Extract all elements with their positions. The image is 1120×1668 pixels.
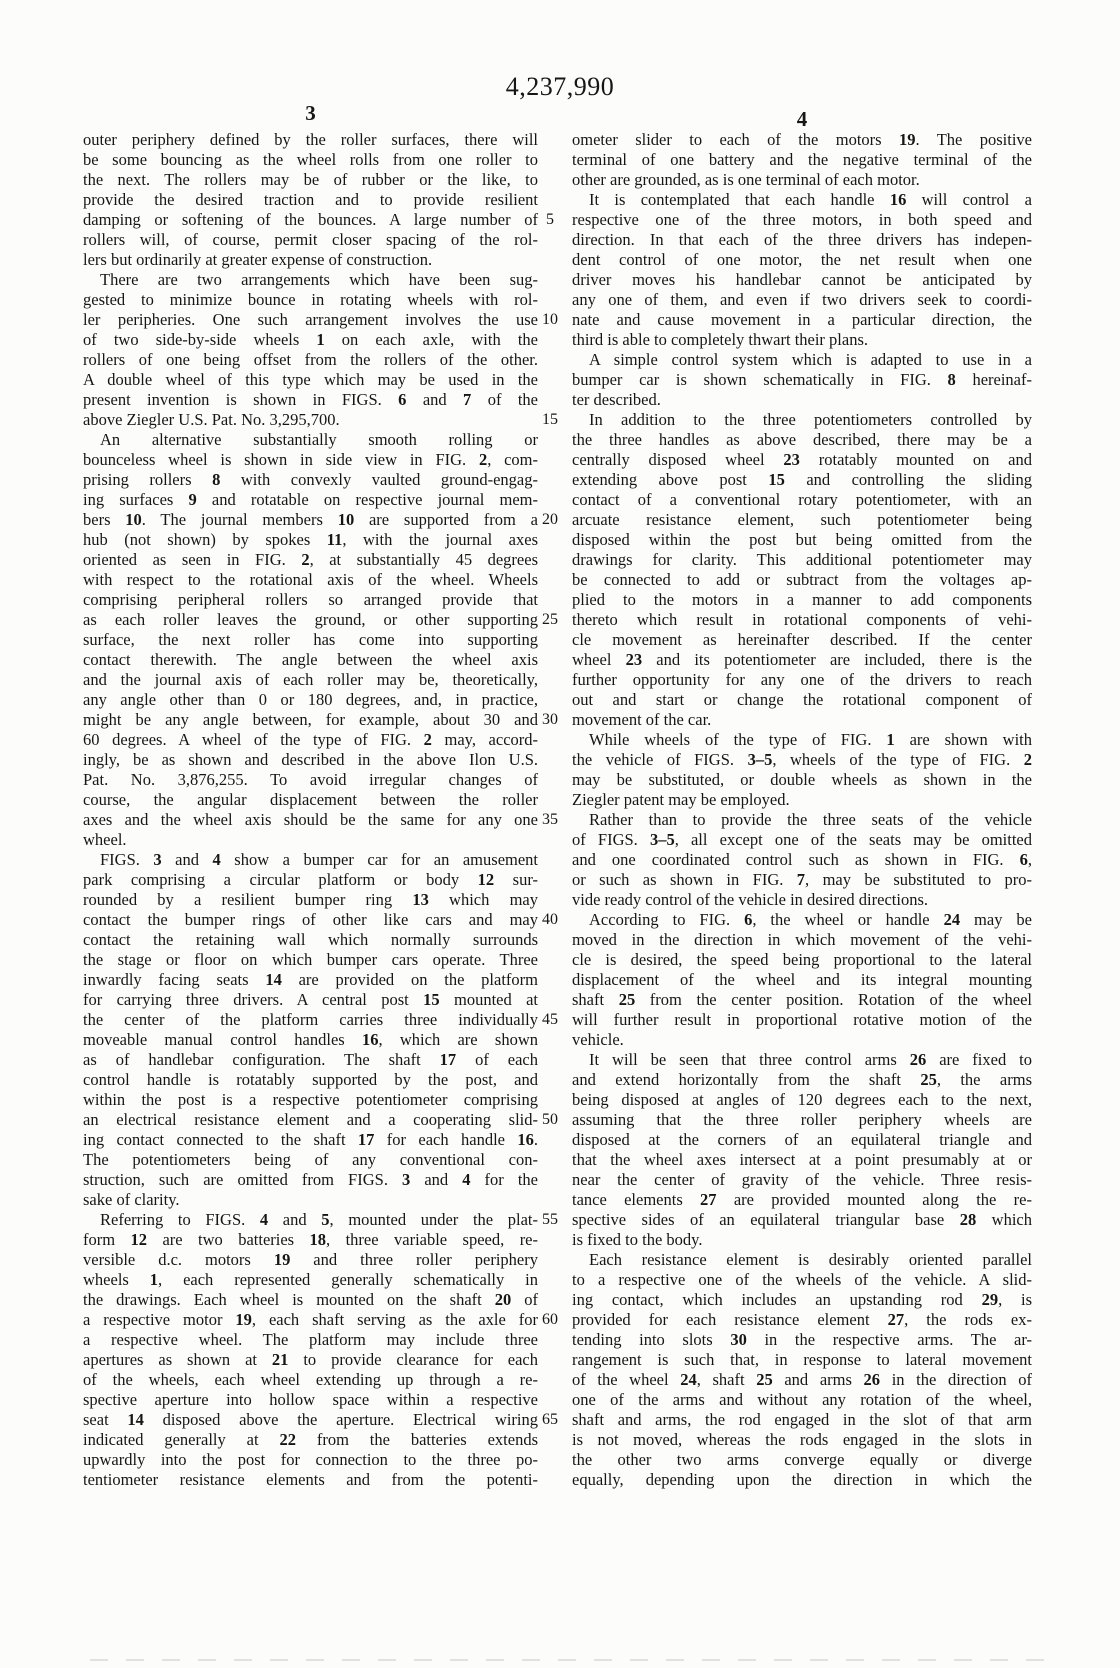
line-number: 65 [533, 1410, 567, 1430]
text-line: axes and the wheel axis should be the sa… [83, 810, 538, 830]
text-line: respective one of the three motors, in b… [572, 210, 1032, 230]
text-line: A simple control system which is adapted… [572, 350, 1032, 370]
text-line: nate and cause movement in a particular … [572, 310, 1032, 330]
text-line: rounded by a resilient bumper ring 13 wh… [83, 890, 538, 910]
line-number: 30 [533, 710, 567, 730]
text-line: bounceless wheel is shown in side view i… [83, 450, 538, 470]
text-line: might be any angle between, for example,… [83, 710, 538, 730]
line-number-gutter: 5101520253035404550556065 [533, 130, 567, 1530]
line-number: 55 [533, 1210, 567, 1230]
text-line: Ziegler patent may be employed. [572, 790, 1032, 810]
text-line: terminal of one battery and the negative… [572, 150, 1032, 170]
text-line: moveable manual control handles 16, whic… [83, 1030, 538, 1050]
text-line: the three handles as above described, th… [572, 430, 1032, 450]
text-line: ing contact connected to the shaft 17 fo… [83, 1130, 538, 1150]
line-number: 40 [533, 910, 567, 930]
text-line: contact therewith. The angle between the… [83, 650, 538, 670]
text-line: the stage or floor on which bumper cars … [83, 950, 538, 970]
text-line: While wheels of the type of FIG. 1 are s… [572, 730, 1032, 750]
text-line: spective sides of an equilateral triangu… [572, 1210, 1032, 1230]
text-line: course, the angular displacement between… [83, 790, 538, 810]
text-line: rollers will, of course, permit closer s… [83, 230, 538, 250]
line-number: 20 [533, 510, 567, 530]
text-line: Referring to FIGS. 4 and 5, mounted unde… [83, 1210, 538, 1230]
text-line: any one of them, and even if two drivers… [572, 290, 1032, 310]
text-line: gested to minimize bounce in rotating wh… [83, 290, 538, 310]
text-line: cle movement as hereinafter described. I… [572, 630, 1032, 650]
text-line: an electrical resistance element and a c… [83, 1110, 538, 1130]
text-line: and one coordinated control such as show… [572, 850, 1032, 870]
text-line: extending above post 15 and controlling … [572, 470, 1032, 490]
text-line: spective aperture into hollow space with… [83, 1390, 538, 1410]
line-number: 5 [533, 210, 567, 230]
text-line: bumper car is shown schematically in FIG… [572, 370, 1032, 390]
column-number-right: 4 [572, 107, 1032, 132]
text-line: provided for each resistance element 27,… [572, 1310, 1032, 1330]
text-line: being disposed at angles of 120 degrees … [572, 1090, 1032, 1110]
text-line: dent control of one motor, the net resul… [572, 250, 1032, 270]
text-line: It is contemplated that each handle 16 w… [572, 190, 1032, 210]
text-line: the drawings. Each wheel is mounted on t… [83, 1290, 538, 1310]
text-line: inwardly facing seats 14 are provided on… [83, 970, 538, 990]
text-line: provide the desired traction and to prov… [83, 190, 538, 210]
text-line: tentiometer resistance elements and from… [83, 1470, 538, 1490]
text-line: A double wheel of this type which may be… [83, 370, 538, 390]
text-line: ing surfaces 9 and rotatable on respecti… [83, 490, 538, 510]
text-line: wheels 1, each represented generally sch… [83, 1270, 538, 1290]
text-line: assuming that the three roller periphery… [572, 1110, 1032, 1130]
text-line: rollers of one being offset from the rol… [83, 350, 538, 370]
text-line: outer periphery defined by the roller su… [83, 130, 538, 150]
text-line: centrally disposed wheel 23 rotatably mo… [572, 450, 1032, 470]
text-line: form 12 are two batteries 18, three vari… [83, 1230, 538, 1250]
text-line: the next. The rollers may be of rubber o… [83, 170, 538, 190]
text-line: Each resistance element is desirably ori… [572, 1250, 1032, 1270]
text-line: further opportunity for any one of the d… [572, 670, 1032, 690]
text-line: as of handlebar configuration. The shaft… [83, 1050, 538, 1070]
right-text-column: ometer slider to each of the motors 19. … [572, 130, 1032, 1490]
text-line: ometer slider to each of the motors 19. … [572, 130, 1032, 150]
text-line: lers but ordinarily at greater expense o… [83, 250, 538, 270]
text-line: present invention is shown in FIGS. 6 an… [83, 390, 538, 410]
text-line: prising rollers 8 with convexly vaulted … [83, 470, 538, 490]
text-line: within the post is a respective potentio… [83, 1090, 538, 1110]
text-line: of the wheels, each wheel extending up t… [83, 1370, 538, 1390]
text-line: hub (not shown) by spokes 11, with the j… [83, 530, 538, 550]
text-line: control handle is rotatably supported by… [83, 1070, 538, 1090]
text-line: seat 14 disposed above the aperture. Ele… [83, 1410, 538, 1430]
text-line: movement of the car. [572, 710, 1032, 730]
text-line: a respective wheel. The platform may inc… [83, 1330, 538, 1350]
text-line: plied to the motors in a manner to add c… [572, 590, 1032, 610]
line-number: 50 [533, 1110, 567, 1130]
text-line: will further result in proportional rota… [572, 1010, 1032, 1030]
text-line: ing contact, which includes an upstandin… [572, 1290, 1032, 1310]
text-line: direction. In that each of the three dri… [572, 230, 1032, 250]
text-line: of the wheel 24, shaft 25 and arms 26 in… [572, 1370, 1032, 1390]
text-line: sake of clarity. [83, 1190, 538, 1210]
text-line: struction, such are omitted from FIGS. 3… [83, 1170, 538, 1190]
text-line: wheel 23 and its potentiometer are inclu… [572, 650, 1032, 670]
text-line: An alternative substantially smooth roll… [83, 430, 538, 450]
text-line: other are grounded, as is one terminal o… [572, 170, 1032, 190]
text-line: indicated generally at 22 from the batte… [83, 1430, 538, 1450]
patent-page: 4,237,990 3 4 outer periphery defined by… [0, 0, 1120, 1668]
text-line: be connected to add or subtract from the… [572, 570, 1032, 590]
text-line: to a respective one of the wheels of the… [572, 1270, 1032, 1290]
text-line: cle is desired, the speed being proporti… [572, 950, 1032, 970]
text-line: Rather than to provide the three seats o… [572, 810, 1032, 830]
text-line: The potentiometers being of any conventi… [83, 1150, 538, 1170]
text-line: contact of a conventional rotary potenti… [572, 490, 1032, 510]
line-number: 15 [533, 410, 567, 430]
text-line: displacement of the wheel and its integr… [572, 970, 1032, 990]
text-line: rangement is such that, in response to l… [572, 1350, 1032, 1370]
text-line: wheel. [83, 830, 538, 850]
text-line: disposed within the post but being omitt… [572, 530, 1032, 550]
text-line: FIGS. 3 and 4 show a bumper car for an a… [83, 850, 538, 870]
text-line: and the journal axis of each roller may … [83, 670, 538, 690]
text-line: of two side-by-side wheels 1 on each axl… [83, 330, 538, 350]
text-line: disposed at the corners of an equilatera… [572, 1130, 1032, 1150]
text-line: vehicle. [572, 1030, 1032, 1050]
left-text-column: outer periphery defined by the roller su… [83, 130, 538, 1490]
text-line: tending into slots 30 in the respective … [572, 1330, 1032, 1350]
text-line: near the center of gravity of the vehicl… [572, 1170, 1032, 1190]
line-number: 35 [533, 810, 567, 830]
text-line: that the wheel axes intersect at a point… [572, 1150, 1032, 1170]
line-number: 10 [533, 310, 567, 330]
text-line: third is able to completely thwart their… [572, 330, 1032, 350]
line-number: 45 [533, 1010, 567, 1030]
text-line: According to FIG. 6, the wheel or handle… [572, 910, 1032, 930]
text-line: ingly, be as shown and described in the … [83, 750, 538, 770]
text-line: There are two arrangements which have be… [83, 270, 538, 290]
page-bottom-scan-edge [90, 1659, 1050, 1661]
text-line: as each roller leaves the ground, or oth… [83, 610, 538, 630]
text-line: and extend horizontally from the shaft 2… [572, 1070, 1032, 1090]
text-line: vide ready control of the vehicle in des… [572, 890, 1032, 910]
text-line: comprising peripheral rollers so arrange… [83, 590, 538, 610]
text-line: driver moves his handlebar cannot be ant… [572, 270, 1032, 290]
text-line: of FIGS. 3–5, all except one of the seat… [572, 830, 1032, 850]
text-line: may be substituted, or double wheels as … [572, 770, 1032, 790]
text-line: above Ziegler U.S. Pat. No. 3,295,700. [83, 410, 538, 430]
text-line: a respective motor 19, each shaft servin… [83, 1310, 538, 1330]
text-line: oriented as seen in FIG. 2, at substanti… [83, 550, 538, 570]
text-line: drawings for clarity. This additional po… [572, 550, 1032, 570]
text-line: It will be seen that three control arms … [572, 1050, 1032, 1070]
text-line: be some bouncing as the wheel rolls from… [83, 150, 538, 170]
text-line: Pat. No. 3,876,255. To avoid irregular c… [83, 770, 538, 790]
text-line: versible d.c. motors 19 and three roller… [83, 1250, 538, 1270]
text-line: the other two arms converge equally or d… [572, 1450, 1032, 1470]
text-line: arcuate resistance element, such potenti… [572, 510, 1032, 530]
text-line: one of the arms and without any rotation… [572, 1390, 1032, 1410]
text-line: is fixed to the body. [572, 1230, 1032, 1250]
text-line: In addition to the three potentiometers … [572, 410, 1032, 430]
text-line: moved in the direction in which movement… [572, 930, 1032, 950]
text-line: out and start or change the rotational c… [572, 690, 1032, 710]
text-line: any angle other than 0 or 180 degrees, a… [83, 690, 538, 710]
text-line: apertures as shown at 21 to provide clea… [83, 1350, 538, 1370]
text-line: damping or softening of the bounces. A l… [83, 210, 538, 230]
text-line: shaft and arms, the rod engaged in the s… [572, 1410, 1032, 1430]
text-line: 60 degrees. A wheel of the type of FIG. … [83, 730, 538, 750]
text-line: the vehicle of FIGS. 3–5, wheels of the … [572, 750, 1032, 770]
text-line: upwardly into the post for connection to… [83, 1450, 538, 1470]
text-line: equally, depending upon the direction in… [572, 1470, 1032, 1490]
line-number: 60 [533, 1310, 567, 1330]
text-line: or such as shown in FIG. 7, may be subst… [572, 870, 1032, 890]
text-line: tance elements 27 are provided mounted a… [572, 1190, 1032, 1210]
text-line: park comprising a circular platform or b… [83, 870, 538, 890]
text-line: is not moved, whereas the rods engaged i… [572, 1430, 1032, 1450]
text-line: thereto which result in rotational compo… [572, 610, 1032, 630]
text-line: shaft 25 from the center position. Rotat… [572, 990, 1032, 1010]
text-line: ter described. [572, 390, 1032, 410]
text-line: for carrying three drivers. A central po… [83, 990, 538, 1010]
column-number-left: 3 [83, 101, 538, 126]
text-line: ler peripheries. One such arrangement in… [83, 310, 538, 330]
patent-number: 4,237,990 [0, 72, 1120, 102]
text-line: contact the bumper rings of other like c… [83, 910, 538, 930]
text-line: contact the retaining wall which normall… [83, 930, 538, 950]
text-line: the center of the platform carries three… [83, 1010, 538, 1030]
text-line: surface, the next roller has come into s… [83, 630, 538, 650]
text-line: with respect to the rotational axis of t… [83, 570, 538, 590]
text-line: bers 10. The journal members 10 are supp… [83, 510, 538, 530]
line-number: 25 [533, 610, 567, 630]
